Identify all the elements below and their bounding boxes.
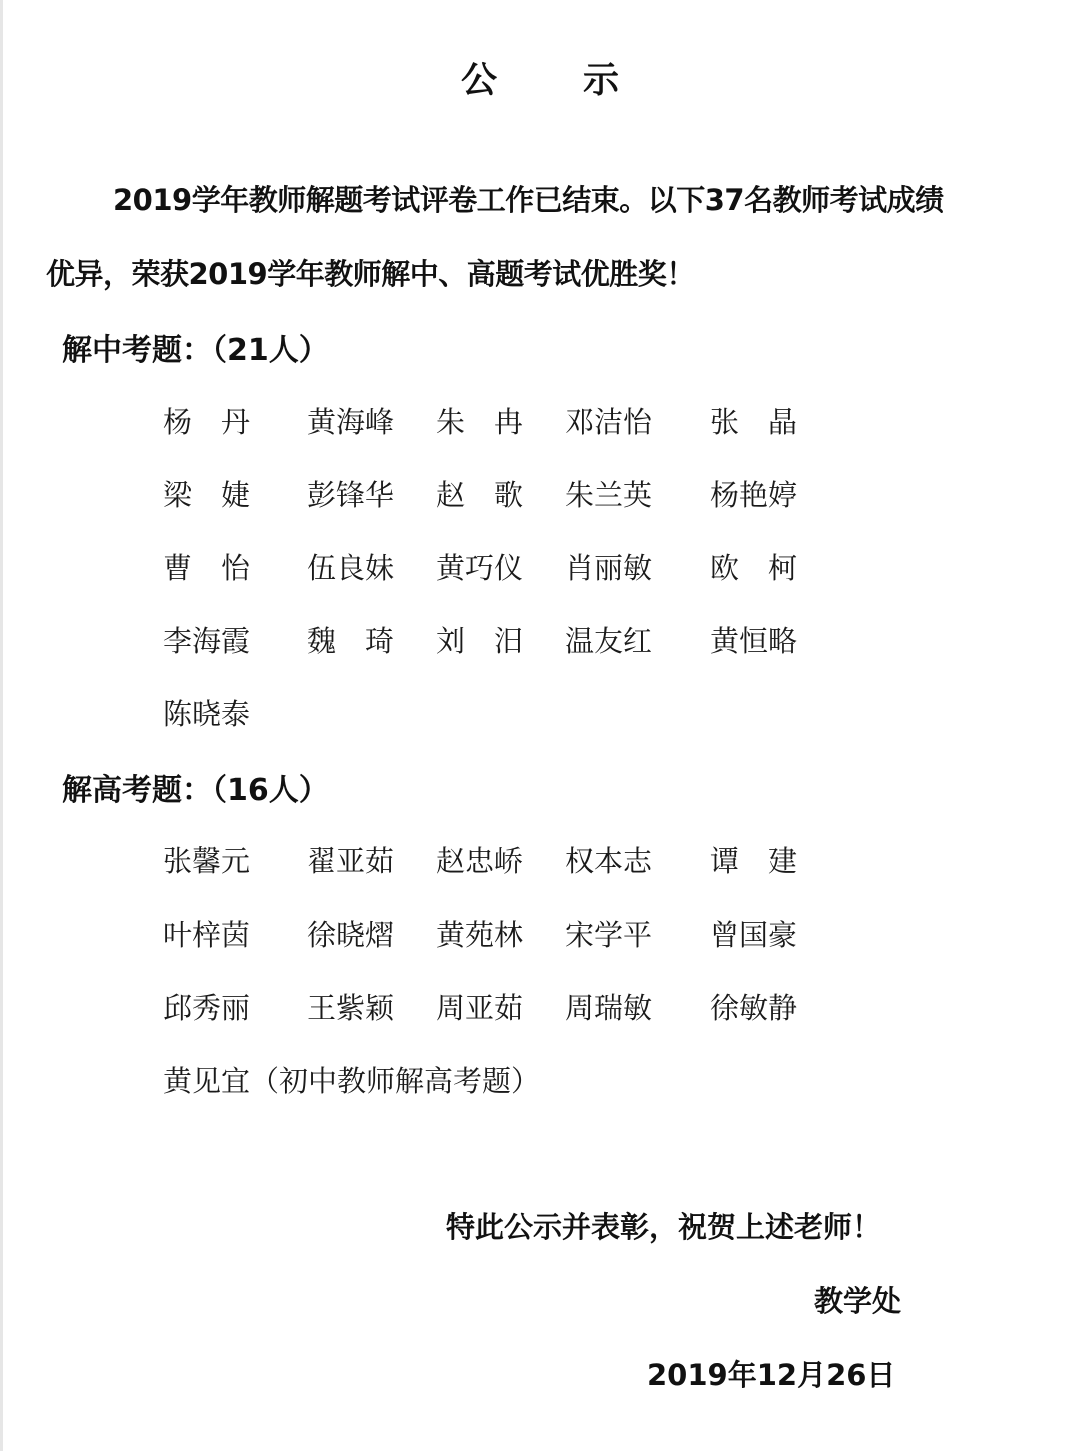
teacher-name: 权本志 <box>565 839 652 880</box>
teacher-name: 黄海峰 <box>307 400 394 441</box>
teacher-name: 徐敏静 <box>710 986 797 1027</box>
teacher-name: 邓洁怡 <box>565 400 652 441</box>
teacher-name: 朱兰英 <box>565 473 652 514</box>
department-signature: 教学处 <box>814 1279 901 1320</box>
teacher-name: 梁 婕 <box>163 473 250 514</box>
teacher-name: 杨 丹 <box>163 400 250 441</box>
teacher-name: 曾国豪 <box>710 913 797 954</box>
closing-statement: 特此公示并表彰，祝贺上述老师！ <box>446 1205 881 1246</box>
teacher-name: 王紫颖 <box>307 986 394 1027</box>
title-char-left: 公 <box>461 52 497 103</box>
teacher-name: 张馨元 <box>163 839 250 880</box>
teacher-name: 徐晓熠 <box>307 913 394 954</box>
teacher-name: 温友红 <box>565 619 652 660</box>
teacher-name: 张 晶 <box>710 400 797 441</box>
teacher-name: 邱秀丽 <box>163 986 250 1027</box>
teacher-name: 欧 柯 <box>710 546 797 587</box>
teacher-name: 宋学平 <box>565 913 652 954</box>
teacher-name: 赵忠峤 <box>436 839 523 880</box>
teacher-name: 黄见宜（初中教师解高考题） <box>163 1059 540 1100</box>
teacher-name: 伍良妹 <box>307 546 394 587</box>
teacher-name: 黄巧仪 <box>436 546 523 587</box>
teacher-name: 李海霞 <box>163 619 250 660</box>
teacher-name: 赵 歌 <box>436 473 523 514</box>
notice-date: 2019年12月26日 <box>647 1353 895 1394</box>
intro-line-2: 优异，荣获2019学年教师解中、高题考试优胜奖！ <box>46 252 695 293</box>
teacher-name: 肖丽敏 <box>565 546 652 587</box>
page-edge <box>0 0 3 1451</box>
intro-line-1: 2019学年教师解题考试评卷工作已结束。以下37名教师考试成绩 <box>113 178 944 219</box>
section-title-middle: 解中考题：（21人） <box>62 325 329 369</box>
title-char-right: 示 <box>583 52 619 103</box>
page-title: 公示 <box>0 52 1080 103</box>
teacher-name: 叶梓茵 <box>163 913 250 954</box>
teacher-name: 魏 琦 <box>307 619 394 660</box>
teacher-name: 杨艳婷 <box>710 473 797 514</box>
teacher-name: 黄苑林 <box>436 913 523 954</box>
teacher-name: 周瑞敏 <box>565 986 652 1027</box>
teacher-name: 陈晓泰 <box>163 692 250 733</box>
teacher-name: 谭 建 <box>710 839 797 880</box>
teacher-name: 周亚茹 <box>436 986 523 1027</box>
section-title-high: 解高考题：（16人） <box>62 765 329 809</box>
teacher-name: 朱 冉 <box>436 400 523 441</box>
teacher-name: 彭锋华 <box>307 473 394 514</box>
teacher-name: 黄恒略 <box>710 619 797 660</box>
teacher-name: 翟亚茹 <box>307 839 394 880</box>
teacher-name: 曹 怡 <box>163 546 250 587</box>
teacher-name: 刘 汨 <box>436 619 523 660</box>
